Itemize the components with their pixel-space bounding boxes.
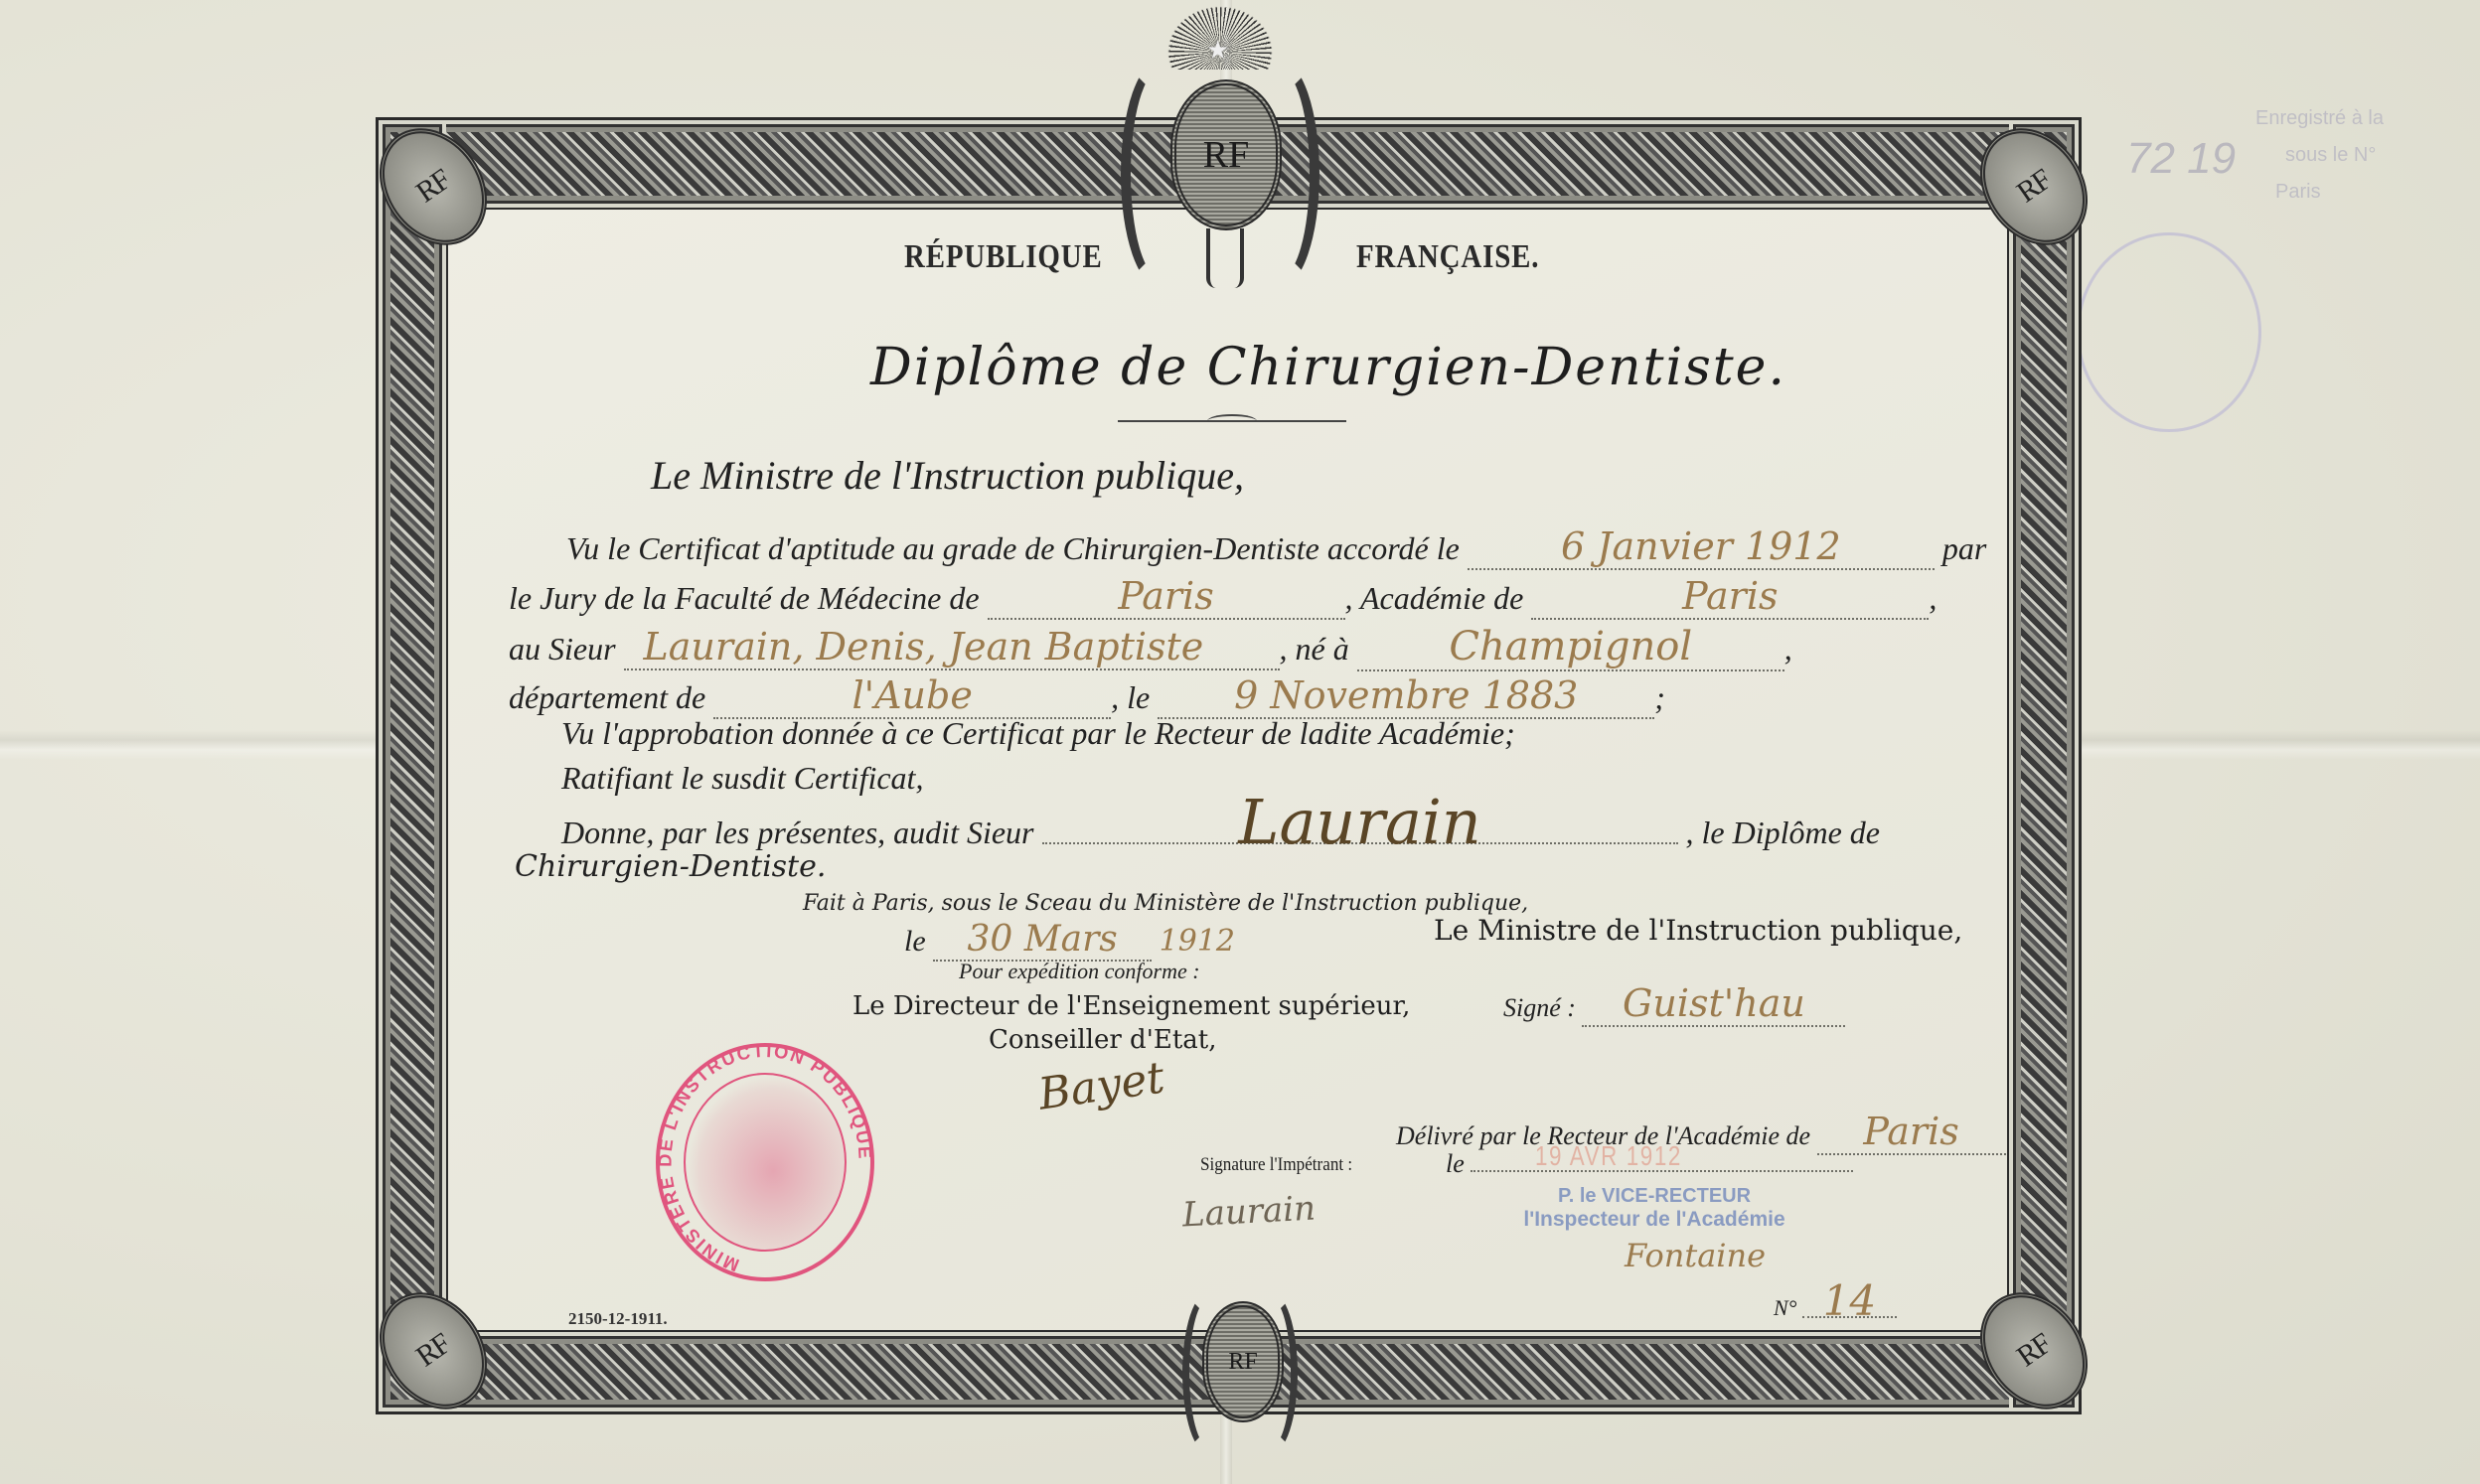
header-francaise: FRANÇAISE. <box>1356 238 1539 276</box>
minister-signature-field: Guist'hau <box>1582 981 1845 1027</box>
static-text: Vu le Certificat d'aptitude au grade de … <box>566 530 1460 566</box>
delivery-signature: Fontaine <box>1625 1237 1766 1274</box>
static-text: ; <box>1654 679 1665 715</box>
diploma-number-line: N° 14 <box>1774 1286 1897 1321</box>
static-text: Donne, par les présentes, audit Sieur <box>561 815 1034 850</box>
svg-text:MINISTÈRE DE L'INSTRUCTION PUB: MINISTÈRE DE L'INSTRUCTION PUBLIQUE <box>660 1047 870 1276</box>
vice-rector-stamp: P. le VICE-RECTEUR l'Inspecteur de l'Aca… <box>1520 1185 1788 1232</box>
static-text: , le <box>1111 679 1150 715</box>
candidate-name-field: Laurain, Denis, Jean Baptiste <box>624 625 1280 670</box>
body-line-name: au Sieur Laurain, Denis, Jean Baptiste, … <box>509 624 1792 671</box>
rf-shield-icon: RF <box>1202 1301 1284 1422</box>
issuance-date-line: le 30 Mars 1912 <box>904 919 1235 962</box>
static-text: département de <box>509 679 705 715</box>
body-line-department: département de l'Aube, le 9 Novembre 188… <box>509 673 1665 719</box>
impetrant-signature: Laurain <box>1181 1189 1317 1236</box>
body-line-certificate: Vu le Certificat d'aptitude au grade de … <box>566 524 1986 570</box>
impetrant-label: Signature l'Impétrant : <box>1200 1154 1352 1176</box>
ghost-registration-text: Enregistré à la sous le N° Paris <box>2255 107 2384 204</box>
ghost-round-stamp <box>2077 232 2261 432</box>
frame-left-band <box>379 120 446 1411</box>
body-line-degree: Chirurgien-Dentiste. <box>515 849 826 884</box>
issuance-date-field: 30 Mars <box>933 919 1152 962</box>
rf-medallion-icon-bottom-right: RF <box>1973 1278 2085 1417</box>
certificate-date-field: 6 Janvier 1912 <box>1468 524 1935 570</box>
body-line-approval: Vu l'approbation donnée à ce Certificat … <box>561 715 1515 752</box>
stamp-line: P. le VICE-RECTEUR <box>1520 1185 1788 1208</box>
ministry-seal-stamp: MINISTÈRE DE L'INSTRUCTION PUBLIQUE <box>656 1043 874 1281</box>
seal-ring-text: MINISTÈRE DE L'INSTRUCTION PUBLIQUE <box>660 1047 870 1277</box>
static-text: le <box>904 925 926 958</box>
body-line-ratification: Ratifiant le susdit Certificat, <box>561 760 923 797</box>
static-text: , le Diplôme de <box>1686 815 1881 850</box>
minister-title: Le Ministre de l'Instruction publique, <box>1434 914 1962 947</box>
rf-medallion-icon-bottom-left: RF <box>373 1278 484 1417</box>
conformity-line: Pour expédition conforme : <box>959 959 1200 984</box>
diploma-number-field: 14 <box>1802 1286 1897 1318</box>
stamp-line: l'Inspecteur de l'Académie <box>1520 1208 1788 1232</box>
static-text: par <box>1942 530 1986 566</box>
page-title: Diplôme de Chirurgien-Dentiste. <box>870 338 1786 397</box>
static-text: , Académie de <box>1345 580 1524 616</box>
issuance-year: 1912 <box>1160 924 1235 959</box>
director-title: Le Directeur de l'Enseignement supérieur… <box>852 991 1410 1021</box>
body-line-grant: Donne, par les présentes, audit Sieur La… <box>561 803 1880 851</box>
static-text: , <box>1784 631 1792 667</box>
static-text: Signé : <box>1503 993 1576 1022</box>
header-republique: RÉPUBLIQUE <box>904 238 1103 276</box>
council-title: Conseiller d'Etat, <box>989 1025 1216 1055</box>
static-text: , <box>1929 580 1937 616</box>
republic-emblem-icon: ★ RF <box>1121 0 1319 298</box>
minister-signed-line: Signé : Guist'hau <box>1503 981 1845 1027</box>
print-code: 2150-12-1911. <box>568 1309 668 1329</box>
static-text: , né à <box>1280 631 1349 667</box>
static-text: le <box>1446 1149 1465 1178</box>
bottom-rf-emblem-icon: RF <box>1182 1281 1298 1460</box>
department-field: l'Aube <box>713 673 1111 719</box>
date-stamp: 19 AVR 1912 <box>1535 1140 1682 1172</box>
ghost-handwritten-number: 72 19 <box>2126 134 2236 184</box>
body-line-faculty: le Jury de la Faculté de Médecine de Par… <box>509 574 1937 620</box>
salutation: Le Ministre de l'Instruction publique, <box>651 452 1244 499</box>
rf-shield-icon: RF <box>1170 79 1282 230</box>
ribbon-icon <box>1206 228 1244 288</box>
faculty-field: Paris <box>988 574 1345 620</box>
rf-medallion-icon-top-left: RF <box>373 114 484 253</box>
title-flourish <box>1118 420 1346 422</box>
rf-medallion-icon-top-right: RF <box>1973 114 2085 253</box>
static-text: N° <box>1774 1295 1796 1320</box>
recipient-surname-field: Laurain <box>1042 803 1678 844</box>
star-icon: ★ <box>1206 36 1229 66</box>
frame-right-band <box>2009 120 2079 1411</box>
static-text: au Sieur <box>509 631 616 667</box>
static-text: le Jury de la Faculté de Médecine de <box>509 580 980 616</box>
birthdate-field: 9 Novembre 1883 <box>1158 673 1654 719</box>
issuance-place-line: Fait à Paris, sous le Sceau du Ministère… <box>803 891 1528 916</box>
birthplace-field: Champignol <box>1357 624 1784 671</box>
academy-field: Paris <box>1531 574 1929 620</box>
